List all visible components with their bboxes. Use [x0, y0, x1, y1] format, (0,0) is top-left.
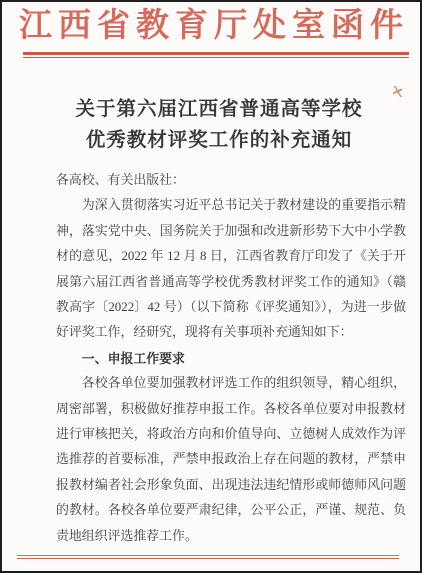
document-title-line2: 优秀教材评奖工作的补充通知 — [86, 129, 353, 151]
intro-paragraph: 为深入贯彻落实习近平总书记关于教材建设的重要指示精神，落实党中央、国务院关于加强… — [56, 193, 406, 345]
scanned-document-page: 江西省教育厅处室函件 关于第六届江西省普通高等学校 优秀教材评奖工作的补充通知 … — [0, 0, 422, 573]
document-letterhead-banner: 江西省教育厅处室函件 — [2, 6, 420, 46]
section1-paragraph: 各校各单位要加强教材评选工作的组织领导，精心组织，周密部署，积极做好推荐申报工作… — [56, 371, 406, 549]
document-title-line1: 关于第六届江西省普通高等学校 — [75, 98, 362, 120]
footer-divider-rule — [17, 555, 399, 559]
document-body: 各高校、有关出版社： 为深入贯彻落实习近平总书记关于教材建设的重要指示精神，落实… — [56, 168, 406, 549]
salutation-line: 各高校、有关出版社： — [56, 168, 406, 193]
letterhead-divider-rule — [23, 52, 409, 58]
section1-heading: 一、申报工作要求 — [56, 346, 406, 371]
document-title: 关于第六届江西省普通高等学校 优秀教材评奖工作的补充通知 — [2, 94, 420, 156]
